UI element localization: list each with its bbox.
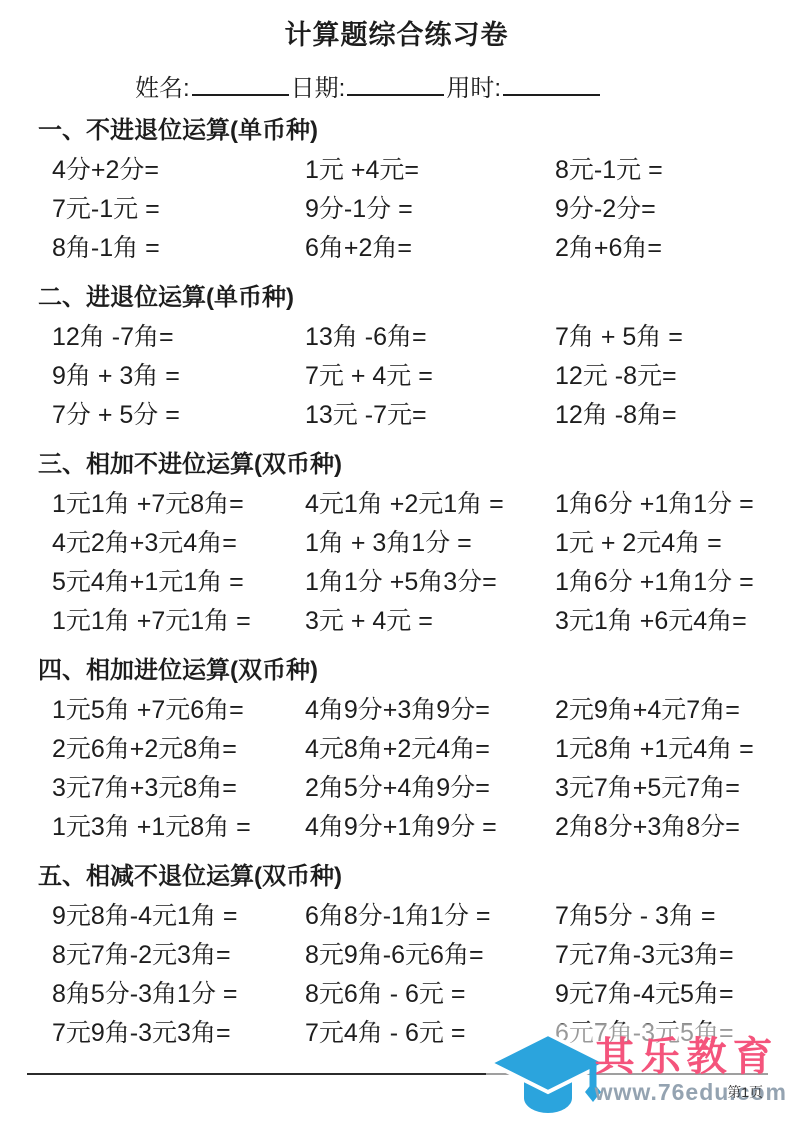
problem-item: 1角1分 +5角3分=	[305, 560, 555, 599]
problem-item: 2角8分+3角8分=	[555, 805, 793, 844]
problem-item: 1元5角 +7元6角=	[52, 688, 305, 727]
problem-item: 1角6分 +1角1分 =	[555, 482, 793, 521]
problem-item: 13元 -7元=	[305, 393, 555, 432]
problem-item: 8元-1元 =	[555, 148, 793, 187]
problem-item: 12角 -7角=	[52, 315, 305, 354]
problem-item: 7元7角-3元3角=	[555, 933, 793, 972]
sections-container: 一、不进退位运算(单币种) 4分+2分=1元 +4元=8元-1元 =7元-1元 …	[0, 114, 793, 1050]
worksheet-section: 一、不进退位运算(单币种) 4分+2分=1元 +4元=8元-1元 =7元-1元 …	[0, 114, 793, 265]
problem-item: 13角 -6角=	[305, 315, 555, 354]
problem-item: 8元7角-2元3角=	[52, 933, 305, 972]
problem-item: 1元8角 +1元4角 =	[555, 727, 793, 766]
problem-item: 7分 + 5分 =	[52, 393, 305, 432]
time-label: 用时:	[446, 75, 501, 102]
worksheet-section: 二、进退位运算(单币种) 12角 -7角=13角 -6角=7角 + 5角 =9角…	[0, 281, 793, 432]
worksheet-section: 五、相减不退位运算(双币种) 9元8角-4元1角 =6角8分-1角1分 =7角5…	[0, 860, 793, 1050]
time-blank-line	[503, 70, 600, 96]
problem-item: 9角 + 3角 =	[52, 354, 305, 393]
problem-item: 8元6角 - 6元 =	[305, 972, 555, 1011]
problem-item: 9分-1分 =	[305, 187, 555, 226]
problem-item: 9元7角-4元5角=	[555, 972, 793, 1011]
problem-item: 2元9角+4元7角=	[555, 688, 793, 727]
problem-grid: 1元1角 +7元8角=4元1角 +2元1角 =1角6分 +1角1分 =4元2角+…	[0, 482, 793, 638]
problem-item: 3元1角 +6元4角=	[555, 599, 793, 638]
graduation-cap-icon	[486, 1032, 611, 1120]
worksheet-section: 四、相加进位运算(双币种) 1元5角 +7元6角=4角9分+3角9分=2元9角+…	[0, 654, 793, 844]
section-heading: 一、不进退位运算(单币种)	[0, 114, 793, 148]
problem-item: 1角6分 +1角1分 =	[555, 560, 793, 599]
problem-item: 4元8角+2元4角=	[305, 727, 555, 766]
section-heading: 三、相加不进位运算(双币种)	[0, 448, 793, 482]
problem-item: 7角 + 5角 =	[555, 315, 793, 354]
problem-item: 1元 +4元=	[305, 148, 555, 187]
page-title: 计算题综合练习卷	[0, 16, 793, 54]
problem-item: 6角+2角=	[305, 226, 555, 265]
problem-item: 2元6角+2元8角=	[52, 727, 305, 766]
problem-item: 4分+2分=	[52, 148, 305, 187]
problem-item: 8角-1角 =	[52, 226, 305, 265]
name-date-time-row: 姓名:日期:用时:	[0, 68, 793, 102]
page-number: 第1页	[727, 1082, 763, 1102]
problem-item: 3元 + 4元 =	[305, 599, 555, 638]
problem-item: 3元7角+3元8角=	[52, 766, 305, 805]
problem-item: 6角8分-1角1分 =	[305, 894, 555, 933]
name-label: 姓名:	[135, 75, 190, 102]
section-heading: 二、进退位运算(单币种)	[0, 281, 793, 315]
worksheet-page: 计算题综合练习卷 姓名:日期:用时: 一、不进退位运算(单币种) 4分+2分=1…	[0, 0, 793, 1122]
problem-item: 4元2角+3元4角=	[52, 521, 305, 560]
problem-item: 5元4角+1元1角 =	[52, 560, 305, 599]
problem-item: 9元8角-4元1角 =	[52, 894, 305, 933]
problem-item: 4角9分+1角9分 =	[305, 805, 555, 844]
problem-item: 1元 + 2元4角 =	[555, 521, 793, 560]
problem-grid: 1元5角 +7元6角=4角9分+3角9分=2元9角+4元7角=2元6角+2元8角…	[0, 688, 793, 844]
problem-item: 7元 + 4元 =	[305, 354, 555, 393]
problem-item: 8角5分-3角1分 =	[52, 972, 305, 1011]
date-label: 日期:	[291, 75, 346, 102]
problem-item: 12元 -8元=	[555, 354, 793, 393]
problem-item: 7元-1元 =	[52, 187, 305, 226]
problem-item: 4元1角 +2元1角 =	[305, 482, 555, 521]
problem-item: 2角+6角=	[555, 226, 793, 265]
section-heading: 四、相加进位运算(双币种)	[0, 654, 793, 688]
problem-item: 7元9角-3元3角=	[52, 1011, 305, 1050]
problem-grid: 4分+2分=1元 +4元=8元-1元 =7元-1元 =9分-1分 =9分-2分=…	[0, 148, 793, 265]
problem-item: 1元3角 +1元8角 =	[52, 805, 305, 844]
name-blank-line	[192, 70, 289, 96]
problem-item: 4角9分+3角9分=	[305, 688, 555, 727]
brand-logo: 其乐教育 www.76edu.com	[486, 1024, 787, 1120]
brand-name: 其乐教育	[595, 1036, 787, 1078]
problem-item: 7角5分 - 3角 =	[555, 894, 793, 933]
problem-item: 3元7角+5元7角=	[555, 766, 793, 805]
problem-grid: 12角 -7角=13角 -6角=7角 + 5角 =9角 + 3角 =7元 + 4…	[0, 315, 793, 432]
date-blank-line	[347, 70, 444, 96]
problem-item: 8元9角-6元6角=	[305, 933, 555, 972]
problem-item: 9分-2分=	[555, 187, 793, 226]
problem-item: 1元1角 +7元8角=	[52, 482, 305, 521]
problem-item: 1元1角 +7元1角 =	[52, 599, 305, 638]
section-heading: 五、相减不退位运算(双币种)	[0, 860, 793, 894]
worksheet-section: 三、相加不进位运算(双币种) 1元1角 +7元8角=4元1角 +2元1角 =1角…	[0, 448, 793, 638]
problem-item: 12角 -8角=	[555, 393, 793, 432]
problem-item: 1角 + 3角1分 =	[305, 521, 555, 560]
problem-item: 2角5分+4角9分=	[305, 766, 555, 805]
